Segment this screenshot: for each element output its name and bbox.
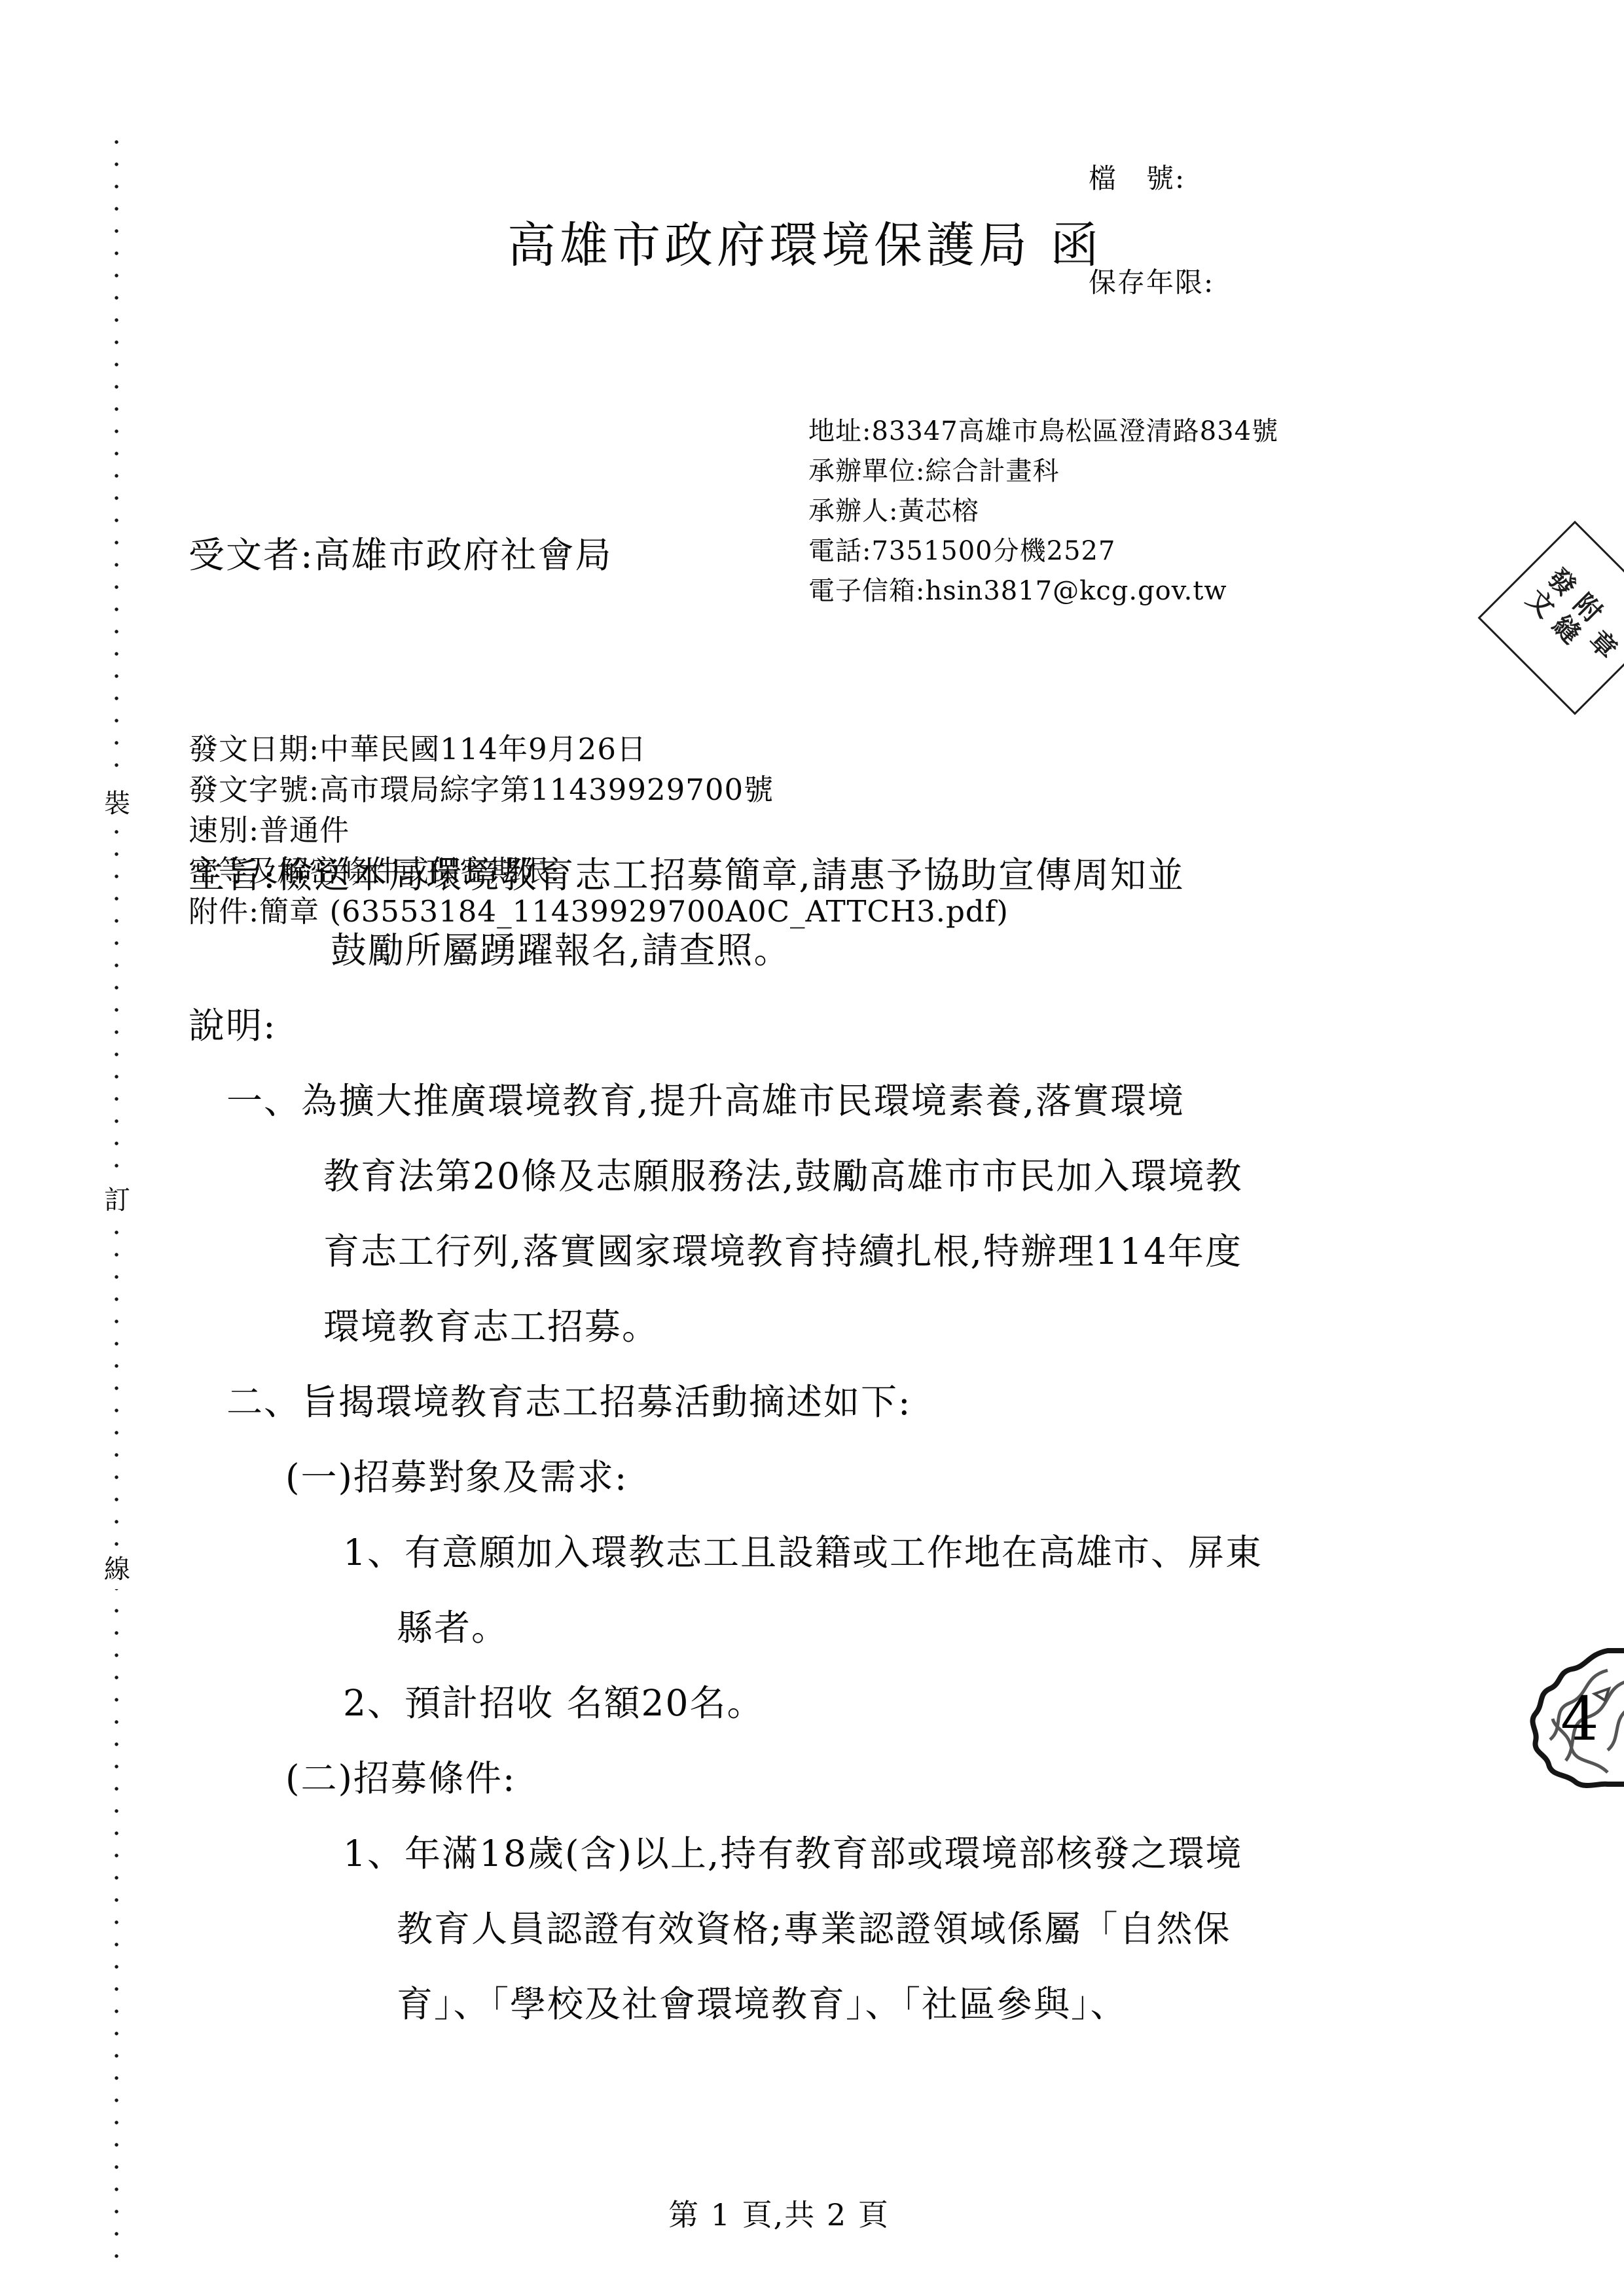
body-line: 說明: (189, 988, 1471, 1064)
seal-graphic: 4 (1509, 1648, 1624, 1789)
body-line: 育」、「學校及社會環境教育」、「社區參與」、 (189, 1967, 1471, 2042)
sender-info-line: 電話:7351500分機2527 (808, 531, 1278, 571)
sender-info: 地址:83347高雄市鳥松區澄清路834號承辦單位:綜合計畫科承辦人:黃芯榕電話… (808, 292, 1278, 611)
letter-body: 主旨:檢送本局環境教育志工招募簡章,請惠予協助宣傳周知並鼓勵所屬踴躍報名,請查照… (189, 838, 1471, 2042)
sender-info-line: 地址:83347高雄市鳥松區澄清路834號 (808, 412, 1278, 452)
meta-line: 發文日期:中華民國114年9月26日 (189, 729, 1009, 770)
official-seal-fragment: 4 (1509, 1648, 1624, 1791)
sender-info-line: 承辦單位:綜合計畫科 (808, 452, 1278, 492)
body-line: 教育法第20條及志願服務法,鼓勵高雄市市民加入環境教 (189, 1139, 1471, 1214)
body-line: 育志工行列,落實國家環境教育持續扎根,特辦理114年度 (189, 1214, 1471, 1289)
body-line: 2、預計招收 名額20名。 (189, 1666, 1471, 1741)
body-line: (一)招募對象及需求: (189, 1440, 1471, 1515)
binding-mark: 線 (102, 1550, 132, 1589)
binding-mark: 裝 (102, 784, 132, 823)
body-line: 二、旨揭環境教育志工招募活動摘述如下: (189, 1365, 1471, 1440)
meta-line: 發文字號:高市環局綜字第11439929700號 (189, 770, 1009, 810)
file-number-label: 檔 號: (1089, 161, 1214, 196)
binding-mark: 訂 (102, 1181, 132, 1220)
page-footer: 第 1 頁,共 2 頁 (668, 2191, 890, 2234)
cross-page-stamp: 發文 附縫 章 (1478, 521, 1624, 715)
body-line: 1、年滿18歲(含)以上,持有教育部或環境部核發之環境 (189, 1816, 1471, 1892)
body-line: (二)招募條件: (189, 1741, 1471, 1816)
recipient-line: 受文者:高雄市政府社會局 (189, 526, 613, 578)
body-line: 1、有意願加入環教志工且設籍或工作地在高雄市、屏東 (189, 1515, 1471, 1590)
document-title: 高雄市政府環境保護局 函 (507, 207, 1103, 276)
body-line: 鼓勵所屬踴躍報名,請查照。 (189, 913, 1471, 988)
seal-page-number: 4 (1561, 1684, 1599, 1754)
body-line: 縣者。 (189, 1590, 1471, 1666)
sender-info-line: 承辦人:黃芯榕 (808, 492, 1278, 531)
body-line: 一、為擴大推廣環境教育,提升高雄市民環境素養,落實環境 (189, 1064, 1471, 1139)
body-line: 主旨:檢送本局環境教育志工招募簡章,請惠予協助宣傳周知並 (189, 838, 1471, 913)
official-letter-page: 裝訂線 檔 號: 保存年限: 高雄市政府環境保護局 函 地址:83347高雄市鳥… (0, 0, 1624, 2296)
body-line: 教育人員認證有效資格;專業認證領域係屬「自然保 (189, 1892, 1471, 1967)
sender-info-line: 電子信箱:hsin3817@kcg.gov.tw (808, 571, 1278, 611)
body-line: 環境教育志工招募。 (189, 1289, 1471, 1365)
